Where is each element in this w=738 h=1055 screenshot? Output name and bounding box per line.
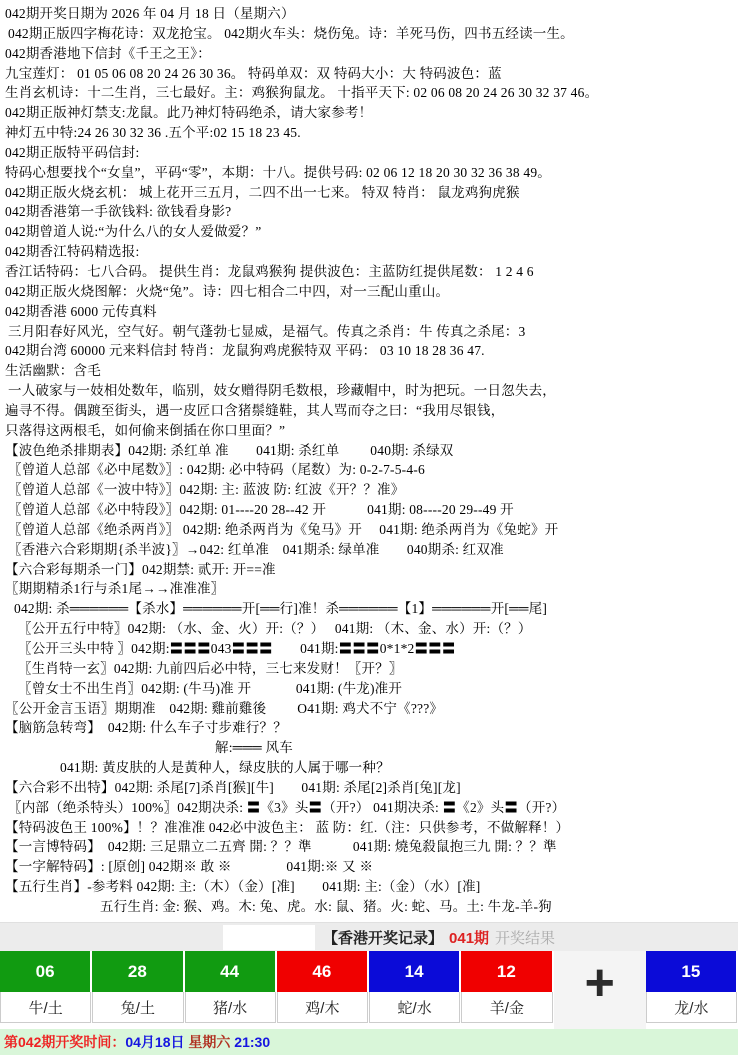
result-ball: 44 — [185, 951, 277, 992]
record-bar-result-label: 开奖结果 — [495, 927, 555, 948]
text-line: 〖生肖特一玄〗042期: 九前四后必中特，三七来发财！〖开？〗 — [0, 659, 738, 679]
text-line: 【特码波色王 100%】！？准准准 042必中波色主： 蓝 防：红.（注：只供参… — [0, 818, 738, 838]
text-line: 【一言博特码】 042期: 三足鼎立二五齊 開: ？？準 041期: 燒兔殺鼠抱… — [0, 837, 738, 857]
text-line: 041期: 黃皮肤的人是黃种人，绿皮肤的人属于哪一种？ — [0, 758, 738, 778]
result-zodiac: 牛/土 — [0, 992, 91, 1023]
text-line: 只落得这两根毛，如何偷来倒插在你口里面？” — [0, 421, 738, 441]
text-line: 〖香港六合彩期期{杀半波}〗→042: 红单准 041期杀: 绿单准 040期杀… — [0, 540, 738, 560]
text-line: 【六合彩不出特】042期: 杀尾[7]杀肖[猴][牛] 041期: 杀尾[2]杀… — [0, 778, 738, 798]
record-bar-white-box — [223, 925, 315, 950]
text-line: 042期正版火烧玄机： 城上花开三五月，二四不出一七来。 特双 特肖： 鼠龙鸡狗… — [0, 183, 738, 203]
lottery-tips-page: 042期开奖日期为 2026 年 04 月 18 日（星期六）042期正版四字梅… — [0, 0, 738, 1055]
text-line: 042期香港 6000 元传真料 — [0, 302, 738, 322]
text-line: 042期香港第一手欲钱料: 欲钱看身影? — [0, 202, 738, 222]
text-line: 【脑筋急转弯】 042期: 什么车子寸步难行？？ — [0, 718, 738, 738]
text-line: 〖曾女士不出生肖〗042期: (牛马)准 开 041期: (牛龙)准开 — [0, 679, 738, 699]
result-ball: 46 — [277, 951, 369, 992]
record-bar-period: 041期 — [449, 927, 489, 948]
text-line: 〖期期精杀1行与杀1尾→→准准准〗 — [0, 579, 738, 599]
text-line: 〖曾道人总部《绝杀两肖》〗 042期: 绝杀两肖为《兔马》开 041期: 绝杀两… — [0, 520, 738, 540]
result-ball: 14 — [369, 951, 461, 992]
record-bar-title: 【香港开奖记录】 — [323, 927, 443, 948]
next-draw-weekday: 星期六 — [188, 1032, 234, 1052]
text-line: 〖曾道人总部《必中尾数》〗: 042期: 必中特码（尾数）为: 0-2-7-5-… — [0, 460, 738, 480]
tips-text-block: 042期开奖日期为 2026 年 04 月 18 日（星期六）042期正版四字梅… — [0, 0, 738, 917]
text-line: 生活幽默：含毛 — [0, 361, 738, 381]
text-line: 〖公开金言玉语〗期期准 042期: 雞前雞後 O41期: 鸡犬不宁《???》 — [0, 699, 738, 719]
text-line: 九宝莲灯： 01 05 06 08 20 24 26 30 36。 特码单双：双… — [0, 64, 738, 84]
result-ball: 28 — [92, 951, 184, 992]
text-line: 香江话特码：七八合码。 提供生肖：龙鼠鸡猴狗 提供波色：主蓝防红提供尾数： 1 … — [0, 262, 738, 282]
text-line: 解:═══ 风车 — [0, 738, 738, 758]
text-line: 042期开奖日期为 2026 年 04 月 18 日（星期六） — [0, 4, 738, 24]
text-line: 【波色绝杀排期表】042期: 杀红单 准 041期: 杀红单 040期: 杀绿双 — [0, 441, 738, 461]
result-zodiac: 羊/金 — [461, 992, 552, 1023]
result-zodiac: 兔/土 — [92, 992, 183, 1023]
plus-sign: + — [554, 951, 646, 1029]
text-line: 【一字解特码】: [原创] 042期※ 敢 ※ 041期:※ 又 ※ — [0, 857, 738, 877]
record-bar-spacer — [0, 923, 223, 952]
result-ball: 12 — [461, 951, 553, 992]
result-zodiac: 猪/水 — [185, 992, 276, 1023]
result-zodiac: 鸡/木 — [277, 992, 368, 1023]
text-line: 〖公开三头中特 〗042期:〓〓〓043〓〓〓 041期:〓〓〓0*1*2〓〓〓 — [0, 639, 738, 659]
result-ball: 06 — [0, 951, 92, 992]
draw-results-grid: 062844461412+15牛/土兔/土猪/水鸡/木蛇/水羊/金龙/水 — [0, 951, 738, 1029]
result-zodiac: 龙/水 — [646, 992, 737, 1023]
text-line: 042期正版火烧图解：火烧“兔”。诗：四七相合二中四，对一三配山重山。 — [0, 282, 738, 302]
text-line: 〖曾道人总部《必中特段》〗042期: 01----20 28--42 开 041… — [0, 500, 738, 520]
next-draw-time: 21:30 — [234, 1034, 270, 1050]
text-line: 遍寻不得。偶踱至街头，遇一皮匠口含猪鬃缝鞋，其人骂而夺之曰：“我用尽银钱， — [0, 401, 738, 421]
text-line: 042期台湾 60000 元来料信封 特肖：龙鼠狗鸡虎猴特双 平码： 03 10… — [0, 341, 738, 361]
text-line: 042期香江特码精选报: — [0, 242, 738, 262]
next-draw-footer: 第042期开奖时间： 04月18日 星期六 21:30 — [0, 1029, 738, 1055]
text-line: 【六合彩每期杀一门】042期禁: 贰开: 开==准 — [0, 560, 738, 580]
text-line: 〖内部（绝杀特头）100%〗042期决杀: 〓《3》头〓（开?） 041期决杀:… — [0, 798, 738, 818]
text-line: 042期: 杀══════【杀水】══════开[══行]准！杀══════【1… — [0, 599, 738, 619]
draw-record-bar: 【香港开奖记录】 041期 开奖结果 — [0, 922, 738, 953]
text-line: 五行生肖: 金: 猴、鸡。木: 兔、虎。水: 鼠、猪。火: 蛇、马。土: 牛龙-… — [0, 897, 738, 917]
text-line: 一人破家与一妓相处数年，临别，妓女赠得阴毛数根，珍藏帽中，时为把玩。一日忽失去， — [0, 381, 738, 401]
text-line: 042期正版神灯禁支:龙鼠。此乃神灯特码绝杀，请大家参考！ — [0, 103, 738, 123]
result-zodiac: 蛇/水 — [369, 992, 460, 1023]
text-line: 042期香港地下信封《千王之王》： — [0, 44, 738, 64]
text-line: 【五行生肖】-参考料 042期: 主:（木）（金）[准] 041期: 主:（金）… — [0, 877, 738, 897]
text-line: 生肖玄机诗：十二生肖，三七最好。主：鸡猴狗鼠龙。 十指平天下: 02 06 08… — [0, 83, 738, 103]
text-line: 042期曾道人说:“为什么八的女人爱做爱？” — [0, 222, 738, 242]
text-line: 三月阳春好风光，空气好。朝气蓬勃七显威，是福气。传真之杀肖：牛 传真之杀尾：3 — [0, 322, 738, 342]
result-ball: 15 — [646, 951, 738, 992]
text-line: 〖公开五行中特〗042期: （水、金、火）开:（？） 041期: （木、金、水）… — [0, 619, 738, 639]
text-line: 042期正版四字梅花诗：双龙抢宝。 042期火车头：烧伤兔。诗：羊死马伤，四书五… — [0, 24, 738, 44]
next-draw-label: 第042期开奖时间： — [4, 1032, 125, 1052]
text-line: 042期正版特平码信封: — [0, 143, 738, 163]
text-line: 神灯五中特:24 26 30 32 36 .五个平:02 15 18 23 45… — [0, 123, 738, 143]
text-line: 〖曾道人总部《一波中特》〗042期: 主: 蓝波 防: 红波《开？？准》 — [0, 480, 738, 500]
text-line: 特码心想要找个“女皇”，平码“零”，本期：十八。提供号码: 02 06 12 1… — [0, 163, 738, 183]
next-draw-date: 04月18日 — [125, 1032, 188, 1052]
